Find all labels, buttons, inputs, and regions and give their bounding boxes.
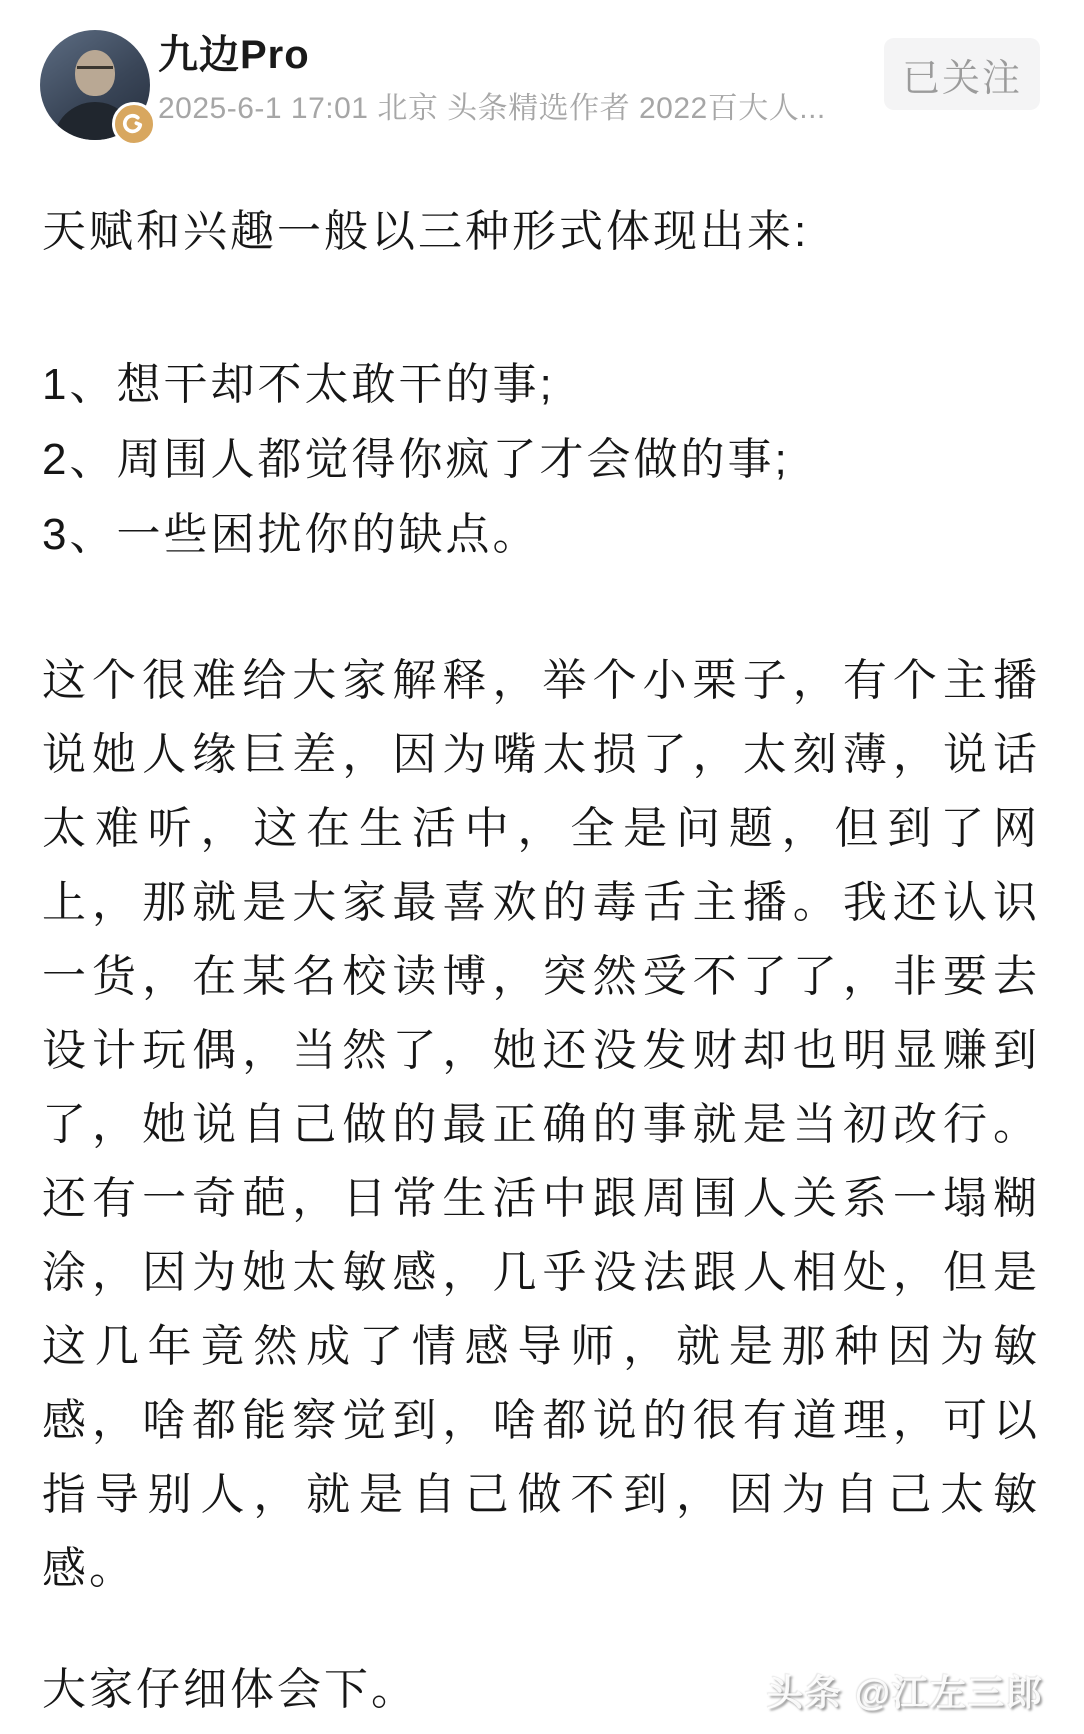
article-body: 天赋和兴趣一般以三种形式体现出来: 1、想干却不太敢干的事;2、周围人都觉得你疯…	[42, 194, 1040, 1727]
followed-button[interactable]: 已关注	[884, 38, 1040, 110]
paragraph-line: 涂，因为她太敏感，几乎没法跟人相处，但是	[42, 1236, 1040, 1310]
avatar-glasses	[77, 66, 113, 77]
numbered-list: 1、想干却不太敢干的事;2、周围人都觉得你疯了才会做的事;3、一些困扰你的缺点。	[42, 347, 1040, 572]
creator-badge-icon	[112, 102, 156, 146]
author-info: 九边Pro 2025-6-1 17:01 北京 头条精选作者 2022百大人..…	[158, 32, 826, 127]
watermark: 头条 @江左三郎	[767, 1665, 1044, 1716]
paragraph-line: 这个很难给大家解释，举个小栗子，有个主播	[42, 644, 1040, 718]
paragraph-line: 上，那就是大家最喜欢的毒舌主播。我还认识	[42, 866, 1040, 940]
post-meta: 2025-6-1 17:01 北京 头条精选作者 2022百大人...	[158, 91, 826, 127]
list-item: 3、一些困扰你的缺点。	[42, 497, 1040, 572]
paragraph-line: 感，啥都能察觉到，啥都说的很有道理，可以	[42, 1384, 1040, 1458]
paragraph-line: 设计玩偶，当然了，她还没发财却也明显赚到	[42, 1014, 1040, 1088]
paragraph-line: 还有一奇葩，日常生活中跟周围人关系一塌糊	[42, 1162, 1040, 1236]
paragraph-line: 太难听，这在生活中，全是问题，但到了网	[42, 792, 1040, 866]
paragraph-line: 这几年竟然成了情感导师，就是那种因为敏	[42, 1310, 1040, 1384]
list-item: 2、周围人都觉得你疯了才会做的事;	[42, 422, 1040, 497]
post-header: 九边Pro 2025-6-1 17:01 北京 头条精选作者 2022百大人..…	[40, 30, 1040, 142]
intro-line: 天赋和兴趣一般以三种形式体现出来:	[42, 194, 1040, 269]
author-name[interactable]: 九边Pro	[158, 32, 826, 78]
paragraph-line: 了，她说自己做的最正确的事就是当初改行。	[42, 1088, 1040, 1162]
author-avatar[interactable]	[40, 30, 150, 140]
paragraph-line: 说她人缘巨差，因为嘴太损了，太刻薄，说话	[42, 718, 1040, 792]
paragraph-line: 指导别人，就是自己做不到，因为自己太敏	[42, 1458, 1040, 1532]
body-paragraph: 这个很难给大家解释，举个小栗子，有个主播说她人缘巨差，因为嘴太损了，太刻薄，说话…	[42, 644, 1040, 1606]
paragraph-line: 一货，在某名校读博，突然受不了了，非要去	[42, 940, 1040, 1014]
paragraph-line: 感。	[42, 1532, 1040, 1606]
list-item: 1、想干却不太敢干的事;	[42, 347, 1040, 422]
